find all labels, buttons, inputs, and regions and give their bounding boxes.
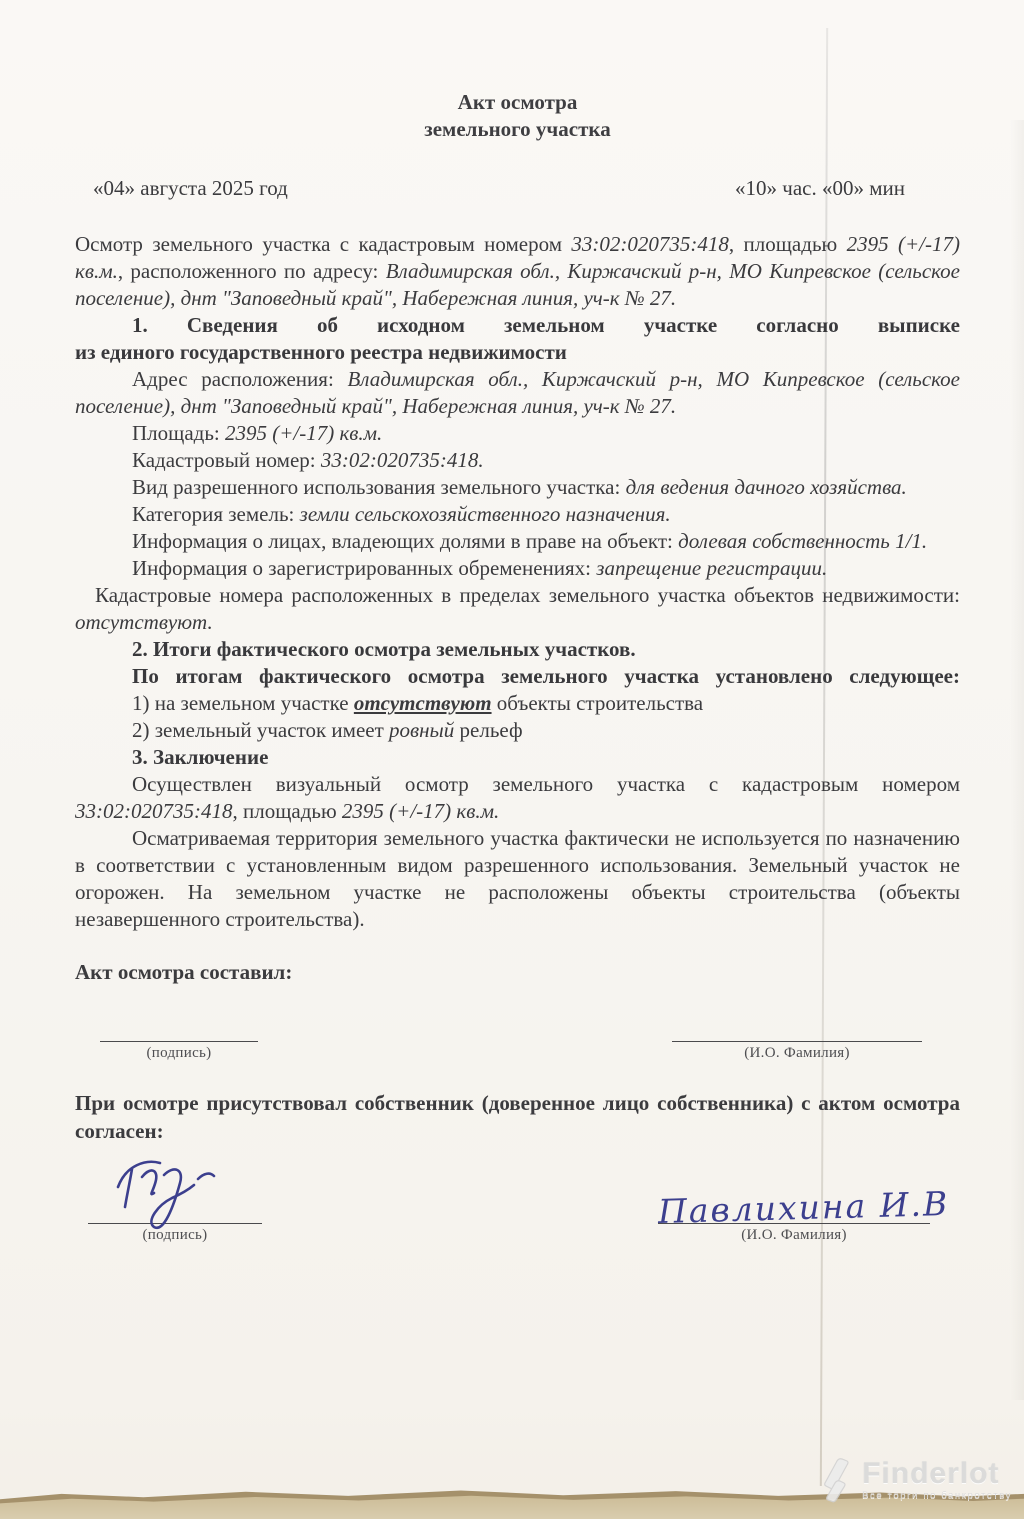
title-line-2: земельного участка [424, 117, 610, 141]
paragraph-intro: Осмотр земельного участка с кадастровым … [75, 231, 960, 312]
paragraph-finding-2: 2) земельный участок имеет ровный рельеф [75, 717, 960, 744]
finderlot-logo-icon [817, 1457, 857, 1503]
compiled-by-heading: Акт осмотра составил: [75, 960, 960, 985]
handwritten-owner-name: Павлихина И.В [658, 1184, 950, 1231]
paragraph-address: Адрес расположения: Владимирская обл., К… [75, 366, 960, 420]
compiler-name-caption: (И.О. Фамилия) [672, 1045, 922, 1062]
document-body: Осмотр земельного участка с кадастровым … [75, 231, 960, 933]
inspection-date: «04» августа 2025 год [93, 176, 288, 201]
paragraph-section2-subheading: По итогам фактического осмотра земельног… [75, 663, 960, 690]
paragraph-section3-heading: 3. Заключение [75, 744, 960, 771]
paper-right-edge-shade [1010, 120, 1024, 1400]
handwritten-signature-icon [106, 1147, 256, 1239]
compiler-name-line [672, 1041, 922, 1042]
document-title: Акт осмотра земельного участка [75, 89, 960, 143]
owner-agreement-heading: При осмотре присутствовал собственник (д… [75, 1089, 960, 1145]
owner-signature-row: (подпись) Павлихина И.В (И.О. Фамилия) [75, 1147, 960, 1244]
paragraph-land-category: Категория земель: земли сельскохозяйстве… [75, 501, 960, 528]
paragraph-conclusion-1: Осуществлен визуальный осмотр земельного… [75, 771, 960, 825]
compiler-signature-caption: (подпись) [100, 1045, 258, 1062]
owner-name-block: Павлихина И.В (И.О. Фамилия) [658, 1147, 930, 1244]
paragraph-cadastral-number: Кадастровый номер: 33:02:020735:418. [75, 447, 960, 474]
paragraph-area: Площадь: 2395 (+/-17) кв.м. [75, 420, 960, 447]
compiler-signature-line [100, 1041, 258, 1042]
owner-signature-block: (подпись) [88, 1147, 262, 1244]
paragraph-objects-within-plot: Кадастровые номера расположенных в преде… [75, 582, 960, 636]
scanned-document-page: Акт осмотра земельного участка «04» авгу… [0, 0, 1024, 1519]
paragraph-encumbrances-info: Информация о зарегистрированных обремене… [75, 555, 960, 582]
paragraph-section1-heading-line1: 1. Сведения об исходном земельном участк… [75, 312, 960, 339]
paragraph-finding-1: 1) на земельном участке отсутствуют объе… [75, 690, 960, 717]
paragraph-permitted-use: Вид разрешенного использования земельног… [75, 474, 960, 501]
compiler-signature-row: (подпись) (И.О. Фамилия) [75, 1041, 960, 1062]
finderlot-watermark: Finderlot Все торги по банкротству [817, 1457, 1012, 1503]
compiler-signature-block: (подпись) [100, 1041, 258, 1062]
paragraph-section1-heading-line2: из единого государственного реестра недв… [75, 339, 960, 366]
title-line-1: Акт осмотра [458, 90, 578, 114]
paragraph-owners-info: Информация о лицах, владеющих долями в п… [75, 528, 960, 555]
paragraph-section2-heading: 2. Итоги фактического осмотра земельных … [75, 636, 960, 663]
watermark-brand: Finderlot [862, 1459, 1012, 1489]
date-row: «04» августа 2025 год «10» час. «00» мин [75, 176, 960, 201]
paragraph-conclusion-2: Осматриваемая территория земельного учас… [75, 825, 960, 933]
watermark-tagline: Все торги по банкротству [862, 1490, 1012, 1501]
compiler-name-block: (И.О. Фамилия) [672, 1041, 922, 1062]
document-content: Акт осмотра земельного участка «04» авгу… [75, 0, 960, 1244]
inspection-time: «10» час. «00» мин [735, 176, 905, 201]
